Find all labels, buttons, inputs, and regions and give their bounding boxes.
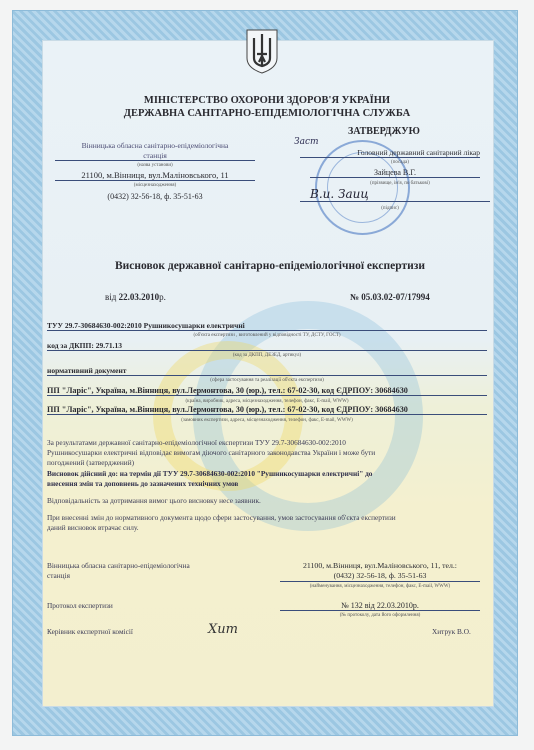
approval-name: Зайцева В.Г. <box>310 168 480 178</box>
validity-line-1: Висновок дійсний до: на термін дії ТУУ 2… <box>47 469 492 479</box>
approval-position: Головний державний санітарний лікар <box>300 148 480 158</box>
validity-text: Висновок дійсний до: на термін дії ТУУ 2… <box>47 469 492 489</box>
issuer-address-caption: (місцезнаходження) <box>55 183 255 188</box>
approval-position-prefix: Заст <box>294 137 319 147</box>
head-signature: Хит <box>208 622 238 637</box>
protocol-caption: (№ протоколу, дата його оформлення) <box>280 613 480 618</box>
ministry-title: МІНІСТЕРСТВО ОХОРОНИ ЗДОРОВ'Я УКРАЇНИ <box>100 95 434 106</box>
head-name: Хитрук В.О. <box>432 627 471 636</box>
void-line-1: При внесенні змін до нормативного докуме… <box>47 513 492 523</box>
field-normative-doc: нормативний документ <box>47 366 487 376</box>
approval-signature: В.и. Заиц <box>300 187 490 202</box>
void-text: При внесенні змін до нормативного докуме… <box>47 513 492 533</box>
document-number: № 05.03.02-07/17994 <box>350 292 430 302</box>
field-customer-caption: (замовник експертизи, адреса, місцезнахо… <box>47 418 487 423</box>
approval-name-caption: (прізвище, ім'я, по батькові) <box>330 181 470 186</box>
result-line-2: Рушникосушарки електричні відповідає вим… <box>47 448 492 458</box>
date-suffix: р. <box>159 292 166 302</box>
date-value: 22.03.2010 <box>119 292 160 302</box>
field-manufacturer: ПП "Ларіс", Україна, м.Вінниця, вул.Лерм… <box>47 386 487 396</box>
approval-position-caption: (посада) <box>340 160 460 165</box>
footer-station-line-1: Вінницька обласна санітарно-епідеміологі… <box>47 561 247 571</box>
validity-line-2: внесення змін та доповнень до зазначених… <box>47 479 492 489</box>
responsibility-text: Відповідальність за дотримання вимог цьо… <box>47 496 492 505</box>
approval-title: ЗАТВЕРДЖУЮ <box>348 126 420 137</box>
footer-address-line-2: (0432) 32-56-18, ф. 35-51-63 <box>280 571 480 582</box>
result-text: За результатами державної санітарно-епід… <box>47 438 492 468</box>
field-normative-caption: (сфера застосування та реалізації об'єкт… <box>47 378 487 383</box>
footer-station-address: 21100, м.Вінниця, вул.Маліновського, 11,… <box>280 561 480 582</box>
footer-address-caption: (найменування, місцезнаходження, телефон… <box>280 584 480 589</box>
document-title: Висновок державної санітарно-епідеміолог… <box>55 260 485 272</box>
result-line-3: погоджений (затверджений) <box>47 458 492 468</box>
footer-station-line-2: станція <box>47 571 247 581</box>
field-dkpp-code: код за ДКПП: 29.71.13 <box>47 341 487 351</box>
footer-station: Вінницька обласна санітарно-епідеміологі… <box>47 561 247 581</box>
result-line-1: За результатами державної санітарно-епід… <box>47 438 492 448</box>
approval-signature-caption: (підпис) <box>350 206 430 211</box>
service-title: ДЕРЖАВНА САНІТАРНО-ЕПІДЕМІОЛОГІЧНА СЛУЖБ… <box>100 108 434 119</box>
field-manufacturer-caption: (країна, виробник, адреса, місцезнаходже… <box>47 399 487 404</box>
head-label: Керівник експертної комісії <box>47 627 133 636</box>
issuer-name-line1: Вінницька обласна санітарно-епідеміологі… <box>55 141 255 150</box>
trident-emblem-icon <box>245 28 279 74</box>
issuer-phones: (0432) 32-56-18, ф. 35-51-63 <box>55 192 255 201</box>
field-object-caption: (об'єкта експертизи , виготовлений у від… <box>47 333 487 338</box>
field-dkpp-caption: (код за ДКПП, ДЕЗЕД, артикул) <box>47 353 487 358</box>
footer-address-line-1: 21100, м.Вінниця, вул.Маліновського, 11,… <box>280 561 480 571</box>
issuer-name-line2: станція <box>55 151 255 161</box>
document-date: від 22.03.2010р. <box>105 292 166 302</box>
protocol-value: № 132 від 22.03.2010р. <box>280 601 480 611</box>
issuer-address: 21100, м.Вінниця, вул.Маліновського, 11 <box>55 170 255 181</box>
protocol-label: Протокол експертизи <box>47 601 113 610</box>
issuer-name-caption: (назва установи) <box>55 163 255 168</box>
date-prefix: від <box>105 292 116 302</box>
void-line-2: даний висновок втрачає силу. <box>47 523 492 533</box>
field-customer: ПП "Ларіс", Україна, м.Вінниця, вул.Лерм… <box>47 405 487 415</box>
field-object: ТУУ 29.7-30684630-002:2010 Рушникосушарк… <box>47 321 487 331</box>
